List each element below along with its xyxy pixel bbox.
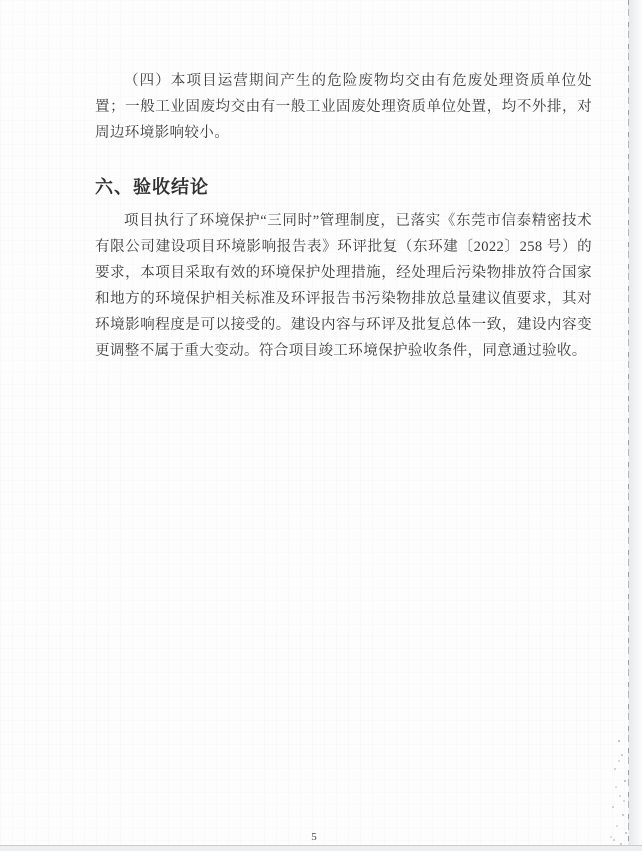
paragraph-solid-waste-disposal: （四）本项目运营期间产生的危险废物均交由有危废处理资质单位处置；一般工业固废均交… <box>95 68 592 146</box>
scan-edge-bottom-strip <box>0 845 642 851</box>
scan-noise-speckles <box>618 740 620 742</box>
section-heading-acceptance-conclusion: 六、验收结论 <box>95 174 592 200</box>
page-number: 5 <box>0 831 628 843</box>
document-page: （四）本项目运营期间产生的危险废物均交由有危废处理资质单位处置；一般工业固废均交… <box>0 0 642 851</box>
page-content: （四）本项目运营期间产生的危险废物均交由有危废处理资质单位处置；一般工业固废均交… <box>95 68 592 364</box>
paragraph-acceptance-conclusion: 项目执行了环境保护“三同时”管理制度，已落实《东莞市信泰精密技术有限公司建设项目… <box>95 208 592 364</box>
scan-edge-right-strip <box>629 0 642 851</box>
